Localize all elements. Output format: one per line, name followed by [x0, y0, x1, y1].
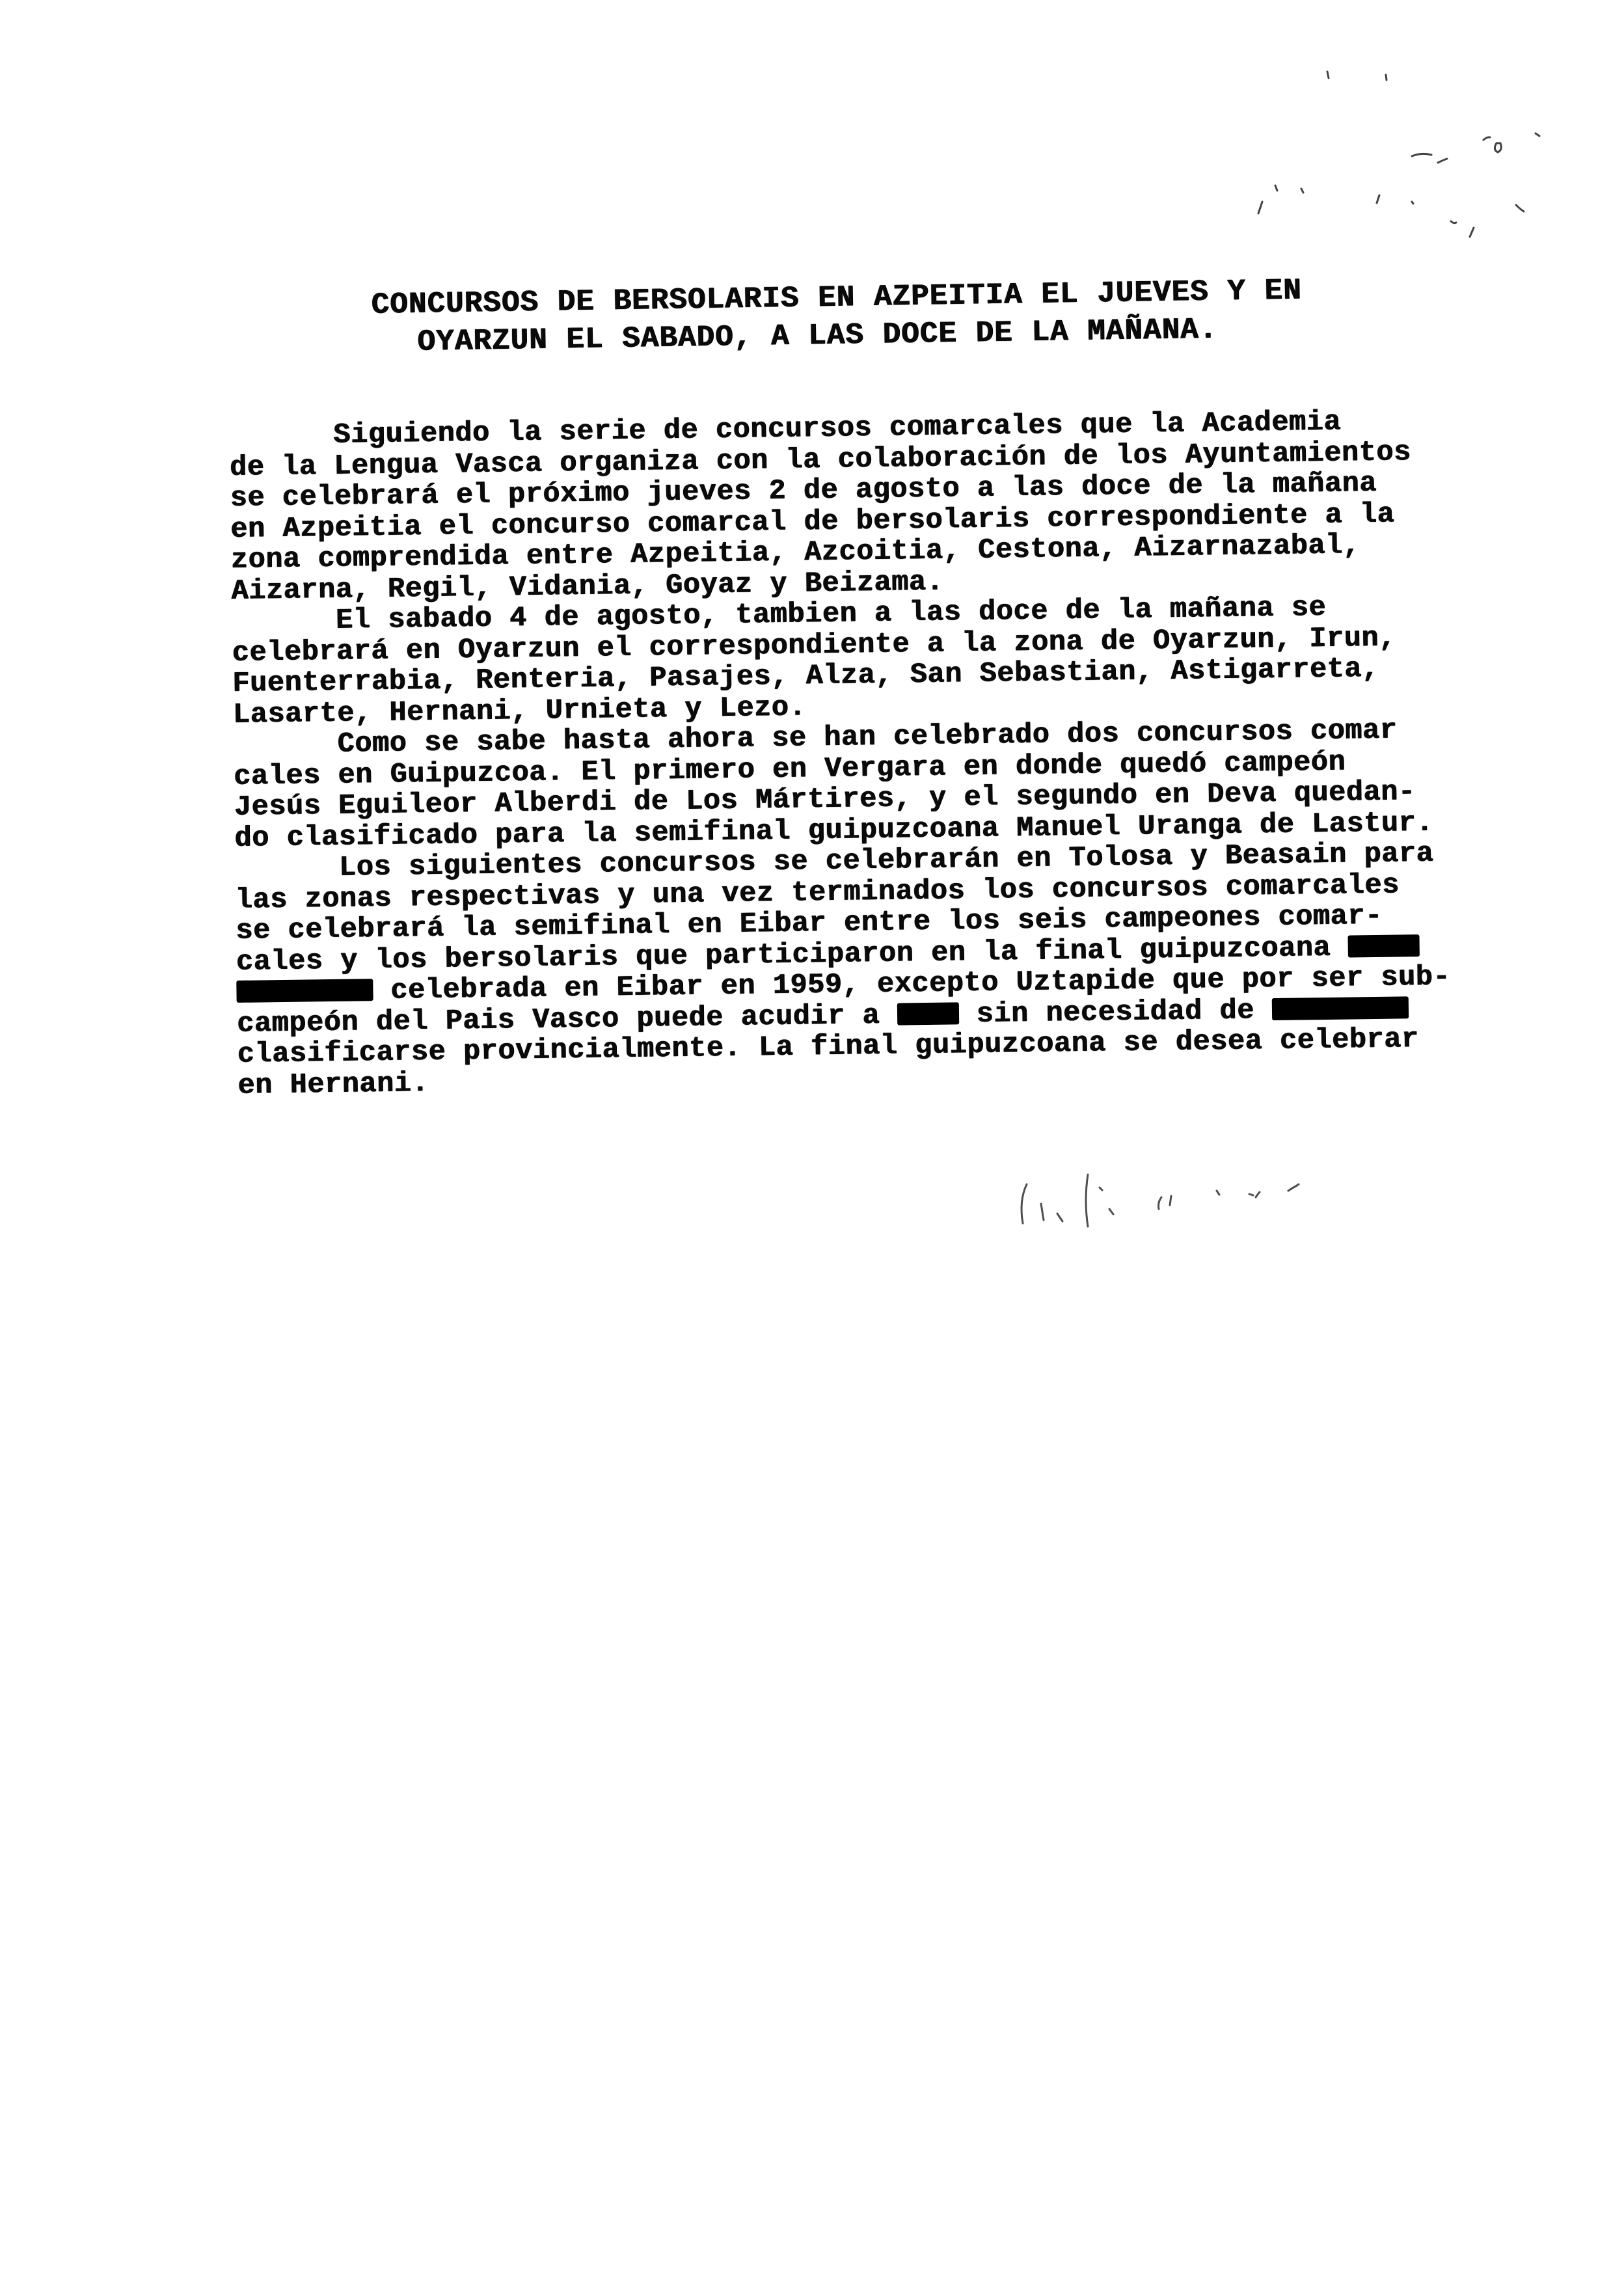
redaction-block [897, 1002, 959, 1025]
scribble-icon [1223, 52, 1588, 247]
redaction-block [1348, 934, 1420, 957]
document-body: Siguiendo la serie de concursos comarcal… [229, 404, 1604, 1102]
document-page: CONCURSOS DE BERSOLARIS EN AZPEITIA EL J… [0, 0, 1624, 2282]
handwritten-signature [989, 1165, 1483, 1236]
redaction-block [236, 979, 373, 1003]
signature-scribble-icon [989, 1165, 1483, 1236]
body-line-tail: sin necesidad de [976, 995, 1254, 1031]
handwritten-annotation-top [1223, 52, 1588, 247]
document-title: CONCURSOS DE BERSOLARIS EN AZPEITIA EL J… [371, 270, 1413, 362]
redaction-block [1271, 996, 1408, 1020]
